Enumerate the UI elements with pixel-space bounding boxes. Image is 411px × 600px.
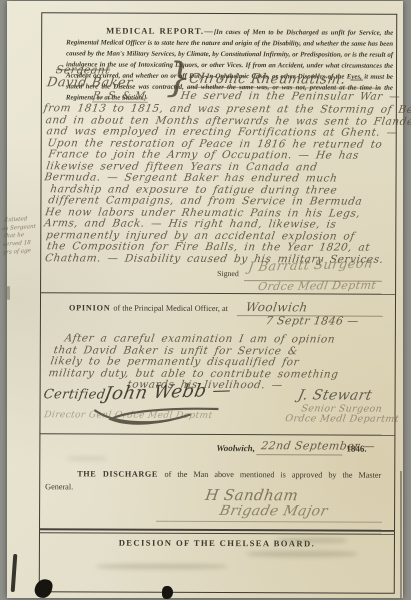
paper-edge-mark <box>7 286 10 300</box>
surgeon-signature-title: Ordce Medl Deptmt <box>257 279 377 294</box>
approver-signature: H Sandham <box>204 486 299 504</box>
opinion-heading-strong: OPINION <box>69 303 113 312</box>
bleed-through-mark <box>97 564 227 569</box>
margin-note-line: served 18 <box>3 240 31 248</box>
margin-note-line: as Sergeant <box>2 224 36 232</box>
double-rule-bottom <box>39 532 395 535</box>
document-page: Enlisted as Sergeant that he served 18 y… <box>7 1 403 598</box>
surgeon-signature: J Barratt Surgeon <box>247 256 374 275</box>
ink-mark <box>11 554 18 592</box>
discharge-place: Woolwich, <box>216 443 255 453</box>
discharge-heading-strong: THE DISCHARGE <box>77 470 164 479</box>
margin-note-line: yrs of age <box>3 248 31 256</box>
signed-label: Signed <box>217 269 239 278</box>
paper-edge-mark <box>400 471 402 598</box>
ink-blot <box>162 586 173 599</box>
approver-title: Brigade Major <box>218 503 329 519</box>
ink-blot <box>33 577 54 599</box>
section-divider <box>40 292 396 295</box>
bleed-through-mark <box>247 551 357 557</box>
approver-underline <box>156 521 382 523</box>
subject-name: David Baker <box>46 75 134 90</box>
margin-note-line: Enlisted <box>4 216 27 224</box>
opinion-date: 7 Septr 1846 — <box>265 314 360 327</box>
certified-label: Certified, <box>43 387 112 402</box>
bleed-through-mark <box>277 538 347 543</box>
subject-corps: R. S. & M. <box>92 90 150 102</box>
certifier-title: Director Genl Ordce Medl Deptmt <box>43 410 213 421</box>
diagnosis: Chronic Rheumatism. — <box>188 71 383 89</box>
opinion-place: Woolwich <box>245 300 309 314</box>
section-divider <box>39 433 395 436</box>
opinion-heading-rest: of the Principal Medical Officer, at <box>113 304 228 313</box>
margin-note-line: that he <box>4 232 24 239</box>
discharge-year: 1846. <box>346 444 366 454</box>
form-border-box: MEDICAL REPORT.—[In cases of Men to be D… <box>39 12 398 594</box>
medical-report-title: MEDICAL REPORT.— <box>106 26 214 36</box>
double-rule-top <box>39 528 395 531</box>
bleed-through-mark <box>67 456 107 461</box>
examiner-signature: J. Stewart <box>297 387 374 403</box>
opinion-line: likely to be permanently disqualified fo… <box>50 355 300 368</box>
discharge-date-underline <box>256 454 342 455</box>
report-line: He served in the Peninsular War — <box>180 90 401 103</box>
examiner-title-2: Ordce Medl Departmt <box>284 413 399 424</box>
opinion-heading: OPINION of the Principal Medical Officer… <box>69 303 228 313</box>
